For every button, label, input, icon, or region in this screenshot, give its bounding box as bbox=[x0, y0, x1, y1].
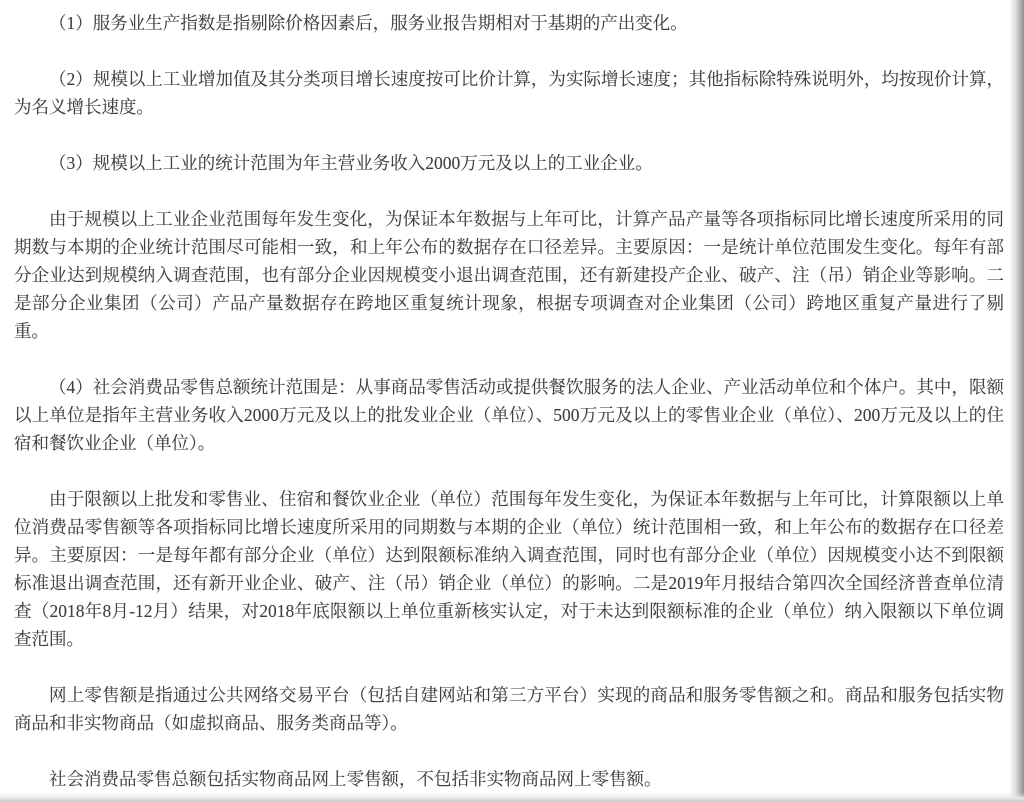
document-body: （1）服务业生产指数是指剔除价格因素后，服务业报告期相对于基期的产出变化。 （2… bbox=[14, 9, 1004, 802]
paragraph-online-retail-definition: 网上零售额是指通过公共网络交易平台（包括自建网站和第三方平台）实现的商品和服务零… bbox=[14, 681, 1004, 737]
paragraph-retail-total-scope: 社会消费品零售总额包括实物商品网上零售额，不包括非实物商品网上零售额。 bbox=[14, 765, 1004, 793]
paragraph-note-3-detail: 由于规模以上工业企业范围每年发生变化，为保证本年数据与上年可比，计算产品产量等各… bbox=[14, 205, 1004, 345]
paragraph-note-3: （3）规模以上工业的统计范围为年主营业务收入2000万元及以上的工业企业。 bbox=[14, 149, 1004, 177]
paragraph-note-4-detail: 由于限额以上批发和零售业、住宿和餐饮业企业（单位）范围每年发生变化，为保证本年数… bbox=[14, 485, 1004, 653]
document-page: （1）服务业生产指数是指剔除价格因素后，服务业报告期相对于基期的产出变化。 （2… bbox=[0, 0, 1024, 802]
paragraph-note-1: （1）服务业生产指数是指剔除价格因素后，服务业报告期相对于基期的产出变化。 bbox=[14, 9, 1004, 37]
scan-edge-shadow-right bbox=[1009, 0, 1024, 802]
paragraph-note-4: （4）社会消费品零售总额统计范围是：从事商品零售活动或提供餐饮服务的法人企业、产… bbox=[14, 373, 1004, 457]
paragraph-note-2: （2）规模以上工业增加值及其分类项目增长速度按可比价计算，为实际增长速度；其他指… bbox=[14, 65, 1004, 121]
